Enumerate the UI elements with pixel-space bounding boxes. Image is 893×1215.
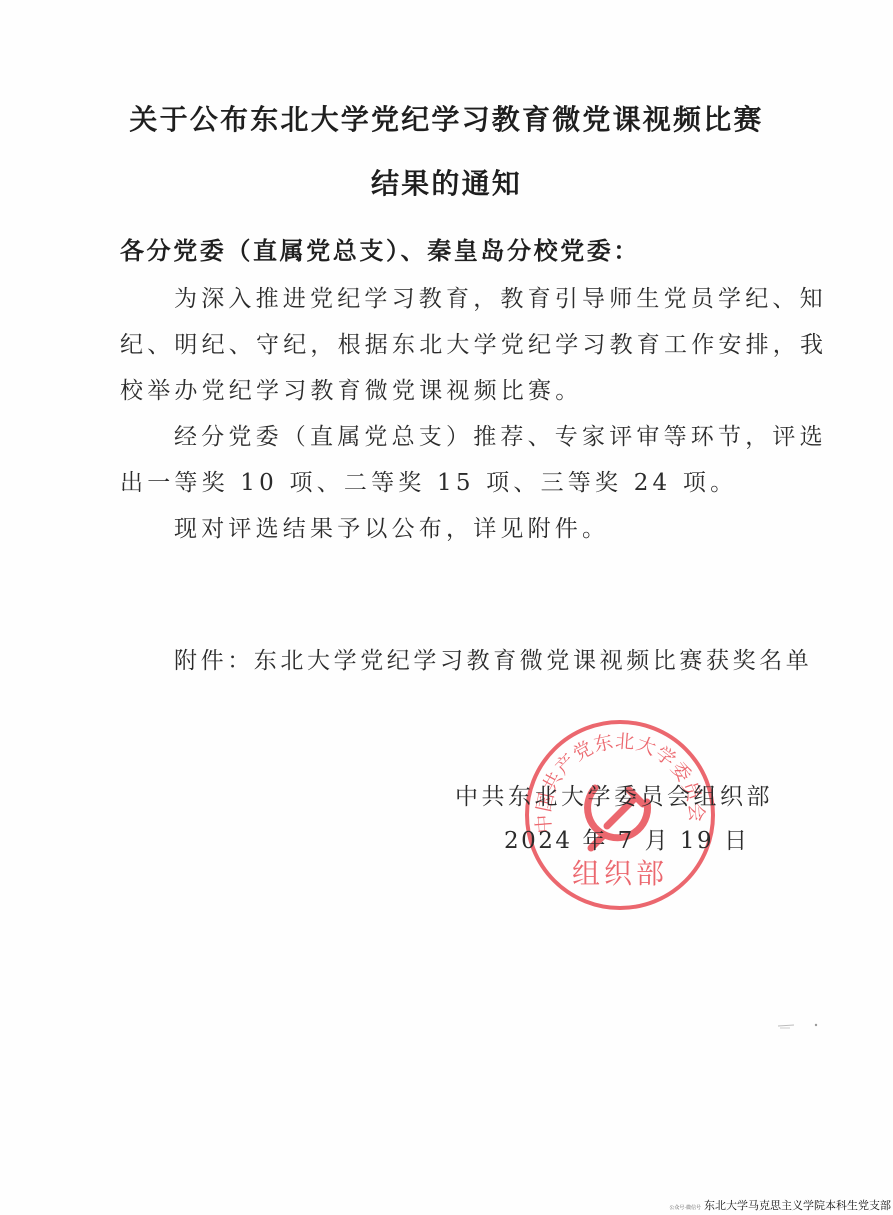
body-paragraph-1-line-2: 纪、明纪、守纪，根据东北大学党纪学习教育工作安排，我 (120, 330, 827, 360)
body-paragraph-1-line-3: 校举办党纪学习教育微党课视频比赛。 (120, 376, 582, 406)
body-paragraph-1-line-1: 为深入推进党纪学习教育，教育引导师生党员学纪、知 (174, 284, 827, 314)
watermark: 公众号·微信号 东北大学马克思主义学院本科生党支部 (669, 1197, 891, 1213)
signature-organization: 中共东北大学委员会组织部 (455, 778, 773, 811)
body-paragraph-3: 现对评选结果予以公布，详见附件。 (174, 514, 609, 544)
document-title-line-2: 结果的通知 (0, 162, 893, 202)
attachment-reference[interactable]: 附件：东北大学党纪学习教育微党课视频比赛获奖名单 (174, 646, 812, 676)
scan-artifact (778, 1022, 818, 1032)
watermark-small-text: 公众号·微信号 (669, 1204, 701, 1211)
signature-date: 2024 年 7 月 19 日 (504, 822, 750, 855)
official-seal-stamp: 中国共产党东北大学委员会 组织部 (523, 718, 717, 912)
document-title-line-1: 关于公布东北大学党纪学习教育微党课视频比赛 (0, 98, 893, 138)
watermark-text: 东北大学马克思主义学院本科生党支部 (704, 1197, 891, 1213)
document-page: 关于公布东北大学党纪学习教育微党课视频比赛 结果的通知 各分党委（直属党总支）、… (0, 0, 893, 1215)
seal-center-text: 组织部 (572, 857, 668, 890)
body-paragraph-2-line-2: 出一等奖 10 项、二等奖 15 项、三等奖 24 项。 (120, 468, 737, 498)
body-paragraph-2-line-1: 经分党委（直属党总支）推荐、专家评审等环节，评选 (174, 422, 827, 452)
salutation: 各分党委（直属党总支）、秦皇岛分校党委： (120, 236, 640, 266)
